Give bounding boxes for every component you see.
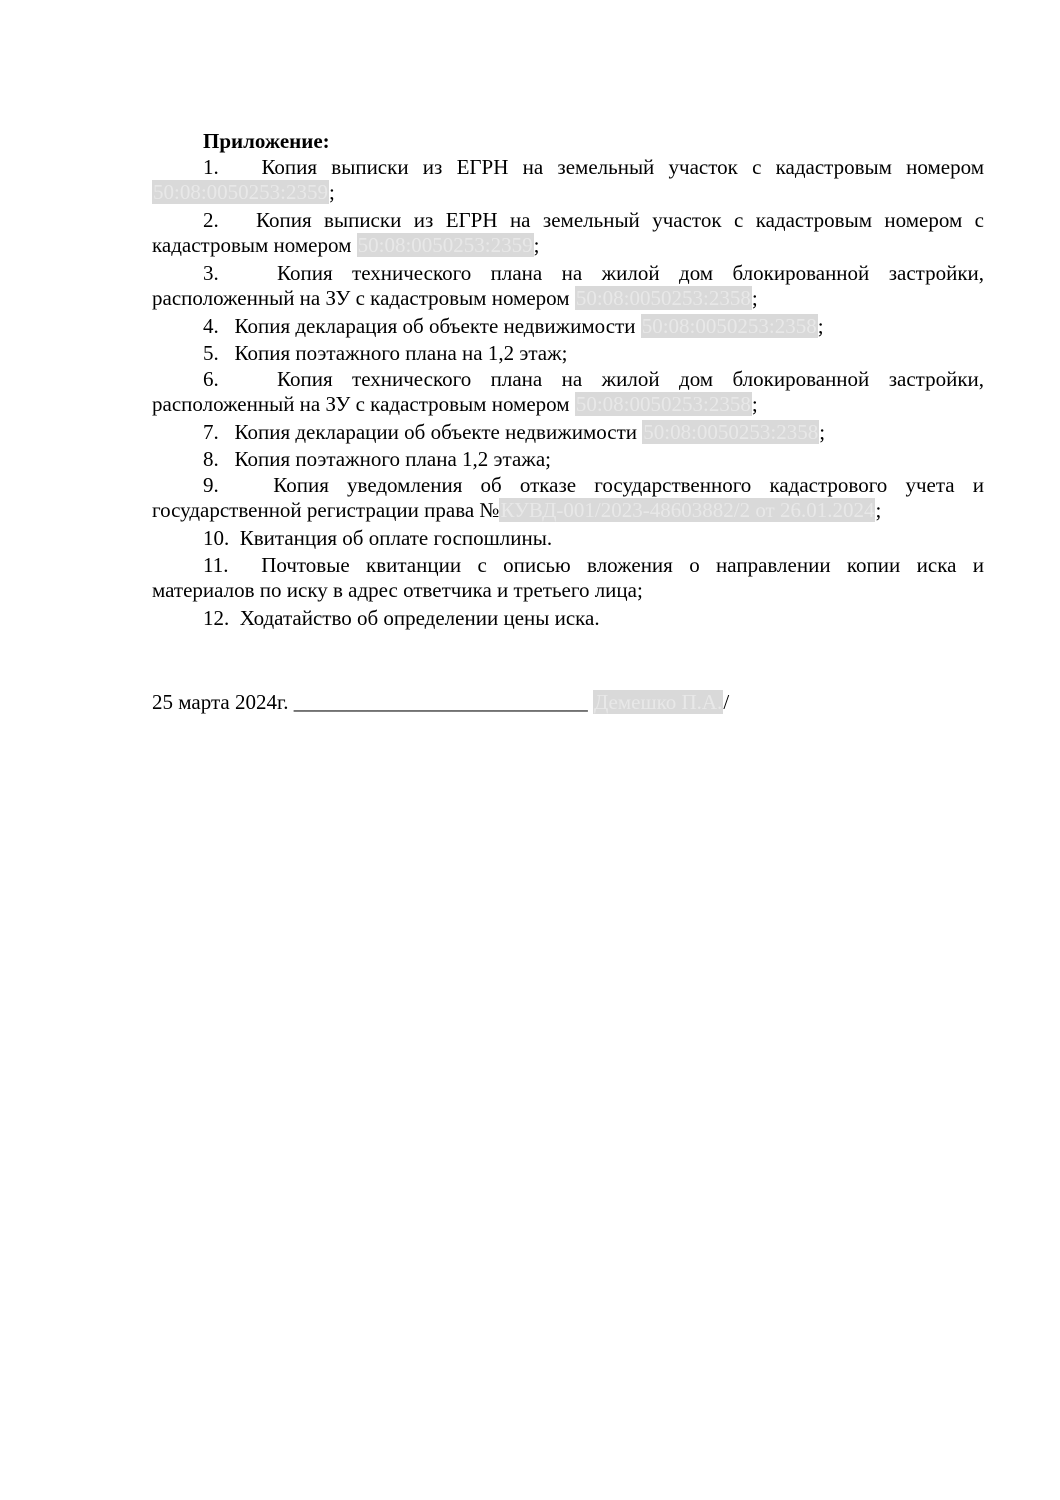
redacted-cadastral-number: 50:08:0050253:2359	[357, 233, 534, 257]
list-item: 9. Копия уведомления об отказе государст…	[152, 473, 984, 526]
list-item: 8. Копия поэтажного плана 1,2 этажа;	[152, 447, 984, 474]
redacted-notice-number: КУВД-001/2023-48603882/2 от 26.01.2024	[499, 498, 875, 522]
list-item: 12. Ходатайство об определении цены иска…	[152, 606, 984, 633]
list-item: 11. Почтовые квитанции с описью вложения…	[152, 553, 984, 606]
signature-line: 25 марта 2024г. ________________________…	[152, 688, 729, 716]
list-item: 2. Копия выписки из ЕГРН на земельный уч…	[152, 208, 984, 261]
list-item: 10. Квитанция об оплате госпошлины.	[152, 526, 984, 553]
list-item: 4. Копия декларация об объекте недвижимо…	[152, 314, 984, 341]
signature-slash: /	[723, 690, 729, 714]
document-page: Приложение: 1. Копия выписки из ЕГРН на …	[0, 0, 1060, 1500]
list-item: 7. Копия декларации об объекте недвижимо…	[152, 420, 984, 447]
redacted-cadastral-number: 50:08:0050253:2358	[642, 420, 819, 444]
redacted-cadastral-number: 50:08:0050253:2358	[641, 314, 818, 338]
list-item: 6. Копия технического плана на жилой дом…	[152, 367, 984, 420]
signature-underline: ____________________________	[294, 690, 588, 714]
list-item: 3. Копия технического плана на жилой дом…	[152, 261, 984, 314]
redacted-cadastral-number: 50:08:0050253:2358	[575, 286, 752, 310]
signature-date: 25 марта 2024г.	[152, 690, 288, 714]
redacted-cadastral-number: 50:08:0050253:2359	[152, 180, 329, 204]
redacted-cadastral-number: 50:08:0050253:2358	[575, 392, 752, 416]
list-item: 1. Копия выписки из ЕГРН на земельный уч…	[152, 155, 984, 208]
list-item: 5. Копия поэтажного плана на 1,2 этаж;	[152, 341, 984, 368]
attachments-heading: Приложение:	[152, 128, 984, 155]
redacted-signatory-name: Демешко П.А.	[593, 690, 723, 714]
attachments-section: Приложение: 1. Копия выписки из ЕГРН на …	[152, 128, 984, 632]
